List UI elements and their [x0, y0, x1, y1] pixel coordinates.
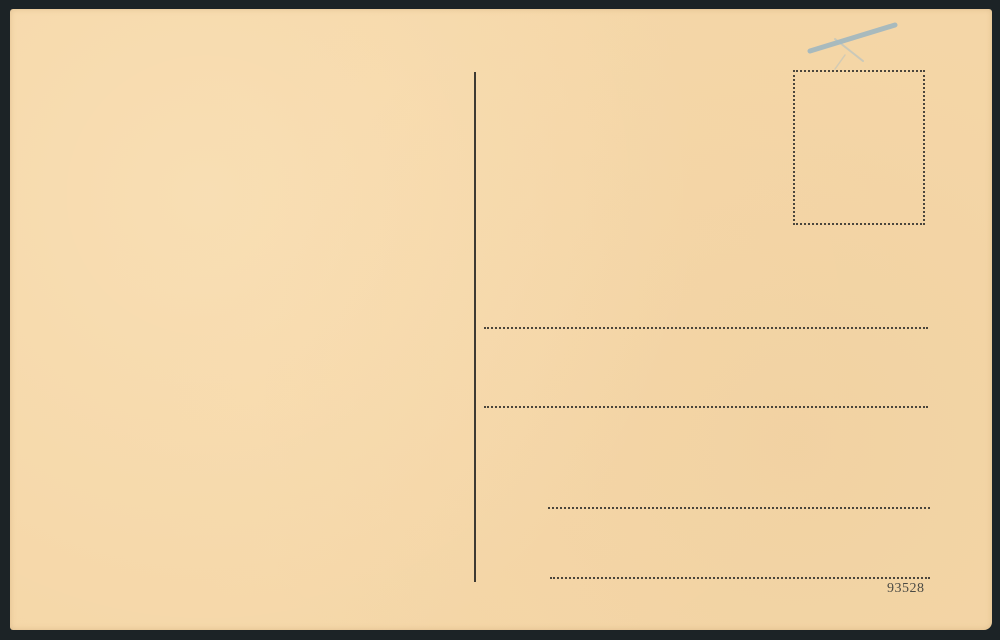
postcard-scan: 93528	[0, 0, 1000, 640]
address-line-2	[484, 406, 928, 408]
stamp-box	[793, 70, 925, 225]
address-line-3	[548, 507, 930, 509]
postcard-back: 93528	[10, 9, 992, 630]
center-divider-line	[474, 72, 476, 582]
pencil-mark-icon	[805, 21, 905, 71]
serial-number: 93528	[887, 581, 925, 597]
address-line-4	[550, 577, 930, 579]
address-line-1	[484, 327, 928, 329]
